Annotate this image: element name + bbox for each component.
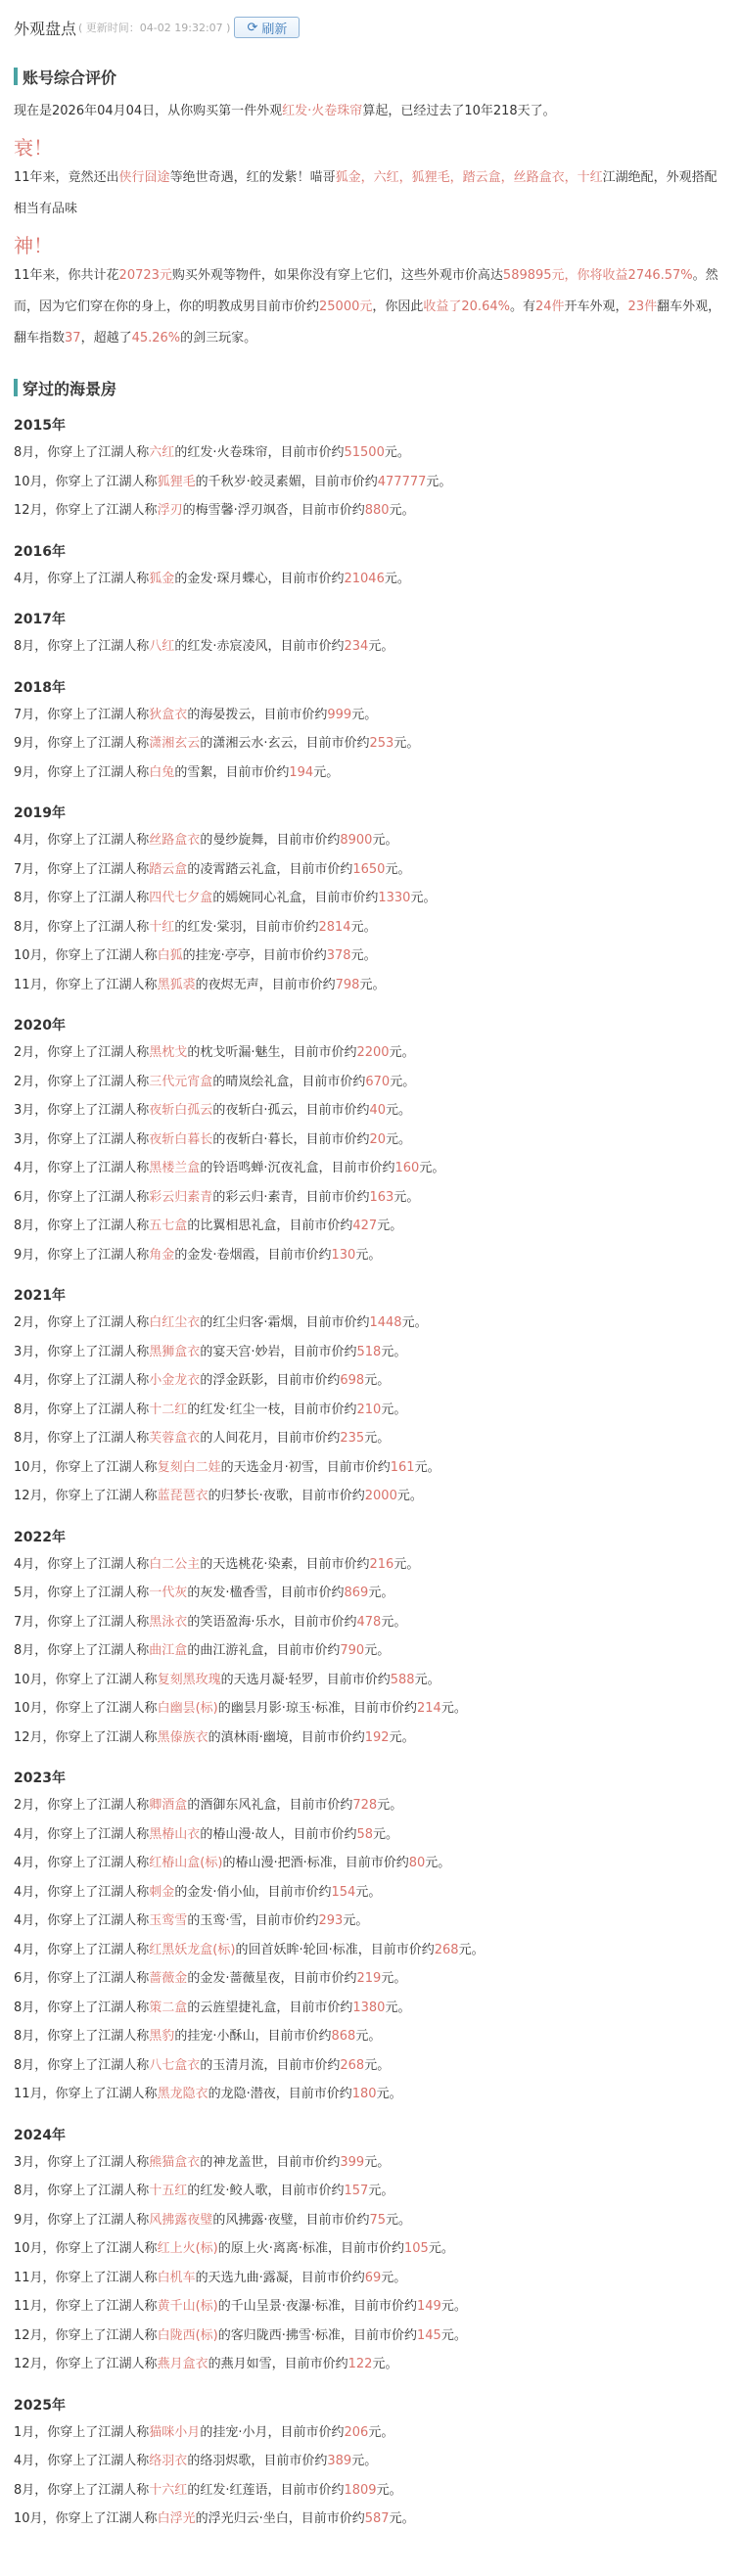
text: 元。 bbox=[385, 445, 410, 460]
outfit-name: 红发·红尘一枝 bbox=[200, 1403, 280, 1417]
text: 元。 bbox=[381, 1971, 406, 1986]
text: ，目前市价约 bbox=[263, 1643, 340, 1658]
month: 6月 bbox=[14, 1190, 34, 1205]
month: 8月 bbox=[14, 1643, 34, 1658]
text: ，你穿上了江湖人称 bbox=[34, 1943, 149, 1957]
outfit-name: 笑语盈海·乐水 bbox=[200, 1615, 280, 1630]
month: 8月 bbox=[14, 2029, 34, 2044]
text: 的 bbox=[221, 1673, 234, 1687]
text: ，你穿上了江湖人称 bbox=[34, 2058, 149, 2073]
text: 的 bbox=[208, 1730, 221, 1745]
text: 的 bbox=[187, 2454, 200, 2468]
section-heading-history: 穿过的海景房 bbox=[14, 376, 726, 399]
list-item: 4月，你穿上了江湖人称刺金的金发·俏小仙，目前市价约154元。 bbox=[14, 1878, 726, 1908]
outfit-name: 红发·红莲语 bbox=[200, 2483, 267, 2498]
text: ，你穿上了江湖人称 bbox=[34, 1856, 149, 1870]
text: ，目前市价约 bbox=[242, 1913, 318, 1928]
text: 元。 bbox=[390, 1045, 415, 1060]
text: ，你穿上了江湖人称 bbox=[34, 708, 149, 722]
price: 518 bbox=[356, 1345, 381, 1359]
section-title: 账号综合评价 bbox=[23, 66, 116, 88]
nickname: 五七盒 bbox=[149, 1219, 187, 1233]
price: 214 bbox=[417, 1701, 441, 1716]
text: 的 bbox=[212, 1190, 225, 1205]
nickname: 红上火(标) bbox=[158, 2241, 218, 2256]
nickname: 潇湘玄云 bbox=[149, 736, 200, 751]
nickname: 芙蓉盒衣 bbox=[149, 1431, 200, 1446]
text: ，目前市价约 bbox=[263, 1373, 340, 1388]
outfit-name: 凌霄踏云礼盒 bbox=[200, 862, 276, 877]
text: 元。 bbox=[393, 736, 419, 751]
month: 2月 bbox=[14, 1315, 34, 1330]
text: 的 bbox=[174, 2029, 187, 2044]
text: ，目前市价约 bbox=[289, 1730, 365, 1745]
month: 10月 bbox=[14, 1460, 43, 1475]
price: 157 bbox=[344, 2184, 368, 2198]
outfit-name: 晴岚绘礼盒 bbox=[225, 1075, 289, 1089]
year-heading: 2020年 bbox=[14, 1013, 726, 1038]
text: ，你穿上了江湖人称 bbox=[34, 1643, 149, 1658]
outfit-name: 挂宠·小月 bbox=[212, 2425, 267, 2440]
text: 元。 bbox=[364, 1643, 390, 1658]
price: 1650 bbox=[352, 862, 385, 877]
text: 元。 bbox=[364, 1431, 390, 1446]
text: 的 bbox=[187, 1045, 200, 1060]
nickname: 白机车 bbox=[158, 2271, 196, 2285]
outfit-name: 夜斩白·暮长 bbox=[225, 1132, 293, 1147]
month: 3月 bbox=[14, 1345, 34, 1359]
text: 元。 bbox=[385, 2001, 410, 2015]
text: ，你穿上了江湖人称 bbox=[43, 475, 158, 489]
text: 元。 bbox=[368, 639, 393, 654]
text: 元。 bbox=[373, 1827, 398, 1842]
price: 75 bbox=[369, 2213, 386, 2228]
price: 160 bbox=[394, 1161, 419, 1175]
year-heading: 2022年 bbox=[14, 1525, 726, 1550]
price: 20 bbox=[369, 1132, 386, 1147]
highlight: 45.26% bbox=[132, 331, 181, 345]
price: 698 bbox=[340, 1373, 364, 1388]
list-item: 9月，你穿上了江湖人称角金的金发·卷烟霞，目前市价约130元。 bbox=[14, 1241, 726, 1270]
text: 的 bbox=[183, 503, 196, 518]
list-item: 1月，你穿上了江湖人称猫咪小月的挂宠·小月，目前市价约206元。 bbox=[14, 2418, 726, 2448]
text: ，你穿上了江湖人称 bbox=[34, 445, 149, 460]
text: 元。 bbox=[386, 2213, 411, 2228]
text: 11年来，你共计花 bbox=[14, 268, 119, 283]
list-item: 8月，你穿上了江湖人称八七盒衣的玉清月流，目前市价约268元。 bbox=[14, 2051, 726, 2081]
price: 1809 bbox=[344, 2483, 376, 2498]
text: ，目前市价约 bbox=[293, 1190, 369, 1205]
text: ，目前市价约 bbox=[276, 1219, 352, 1233]
price: 105 bbox=[404, 2241, 429, 2256]
text: 元。 bbox=[390, 1075, 415, 1089]
price: 427 bbox=[352, 1219, 377, 1233]
highlight: 25000元 bbox=[319, 299, 372, 314]
text: 元。 bbox=[377, 1798, 402, 1813]
price: 268 bbox=[435, 1943, 459, 1957]
outfit-name: 挂宠·亭亭 bbox=[196, 948, 251, 963]
price: 219 bbox=[356, 1971, 381, 1986]
text: 的 bbox=[221, 1460, 234, 1475]
text: 元。 bbox=[368, 1586, 393, 1600]
text: ，目前市价约 bbox=[267, 1586, 344, 1600]
price: 149 bbox=[417, 2299, 441, 2314]
outfit-name: 千山呈景·夜瀑·标准 bbox=[231, 2299, 341, 2314]
text: ，目前市价约 bbox=[280, 1971, 356, 1986]
nickname: 复刻黑玫瑰 bbox=[158, 1673, 221, 1687]
text: 元。 bbox=[415, 1673, 440, 1687]
text: ，目前市价约 bbox=[251, 948, 327, 963]
text: ，你穿上了江湖人称 bbox=[34, 2001, 149, 2015]
text: 算起，已经过去了10年218天了。 bbox=[362, 104, 555, 118]
nickname: 卿酒盒 bbox=[149, 1798, 187, 1813]
month: 8月 bbox=[14, 2001, 34, 2015]
year-heading: 2015年 bbox=[14, 413, 726, 438]
text: ，目前市价约 bbox=[280, 1403, 356, 1417]
nickname: 蓝琵琶衣 bbox=[158, 1489, 208, 1503]
nickname: 刺金 bbox=[149, 1885, 174, 1900]
list-item: 8月，你穿上了江湖人称曲江盒的曲江游礼盒，目前市价约790元。 bbox=[14, 1636, 726, 1666]
text: ，你穿上了江湖人称 bbox=[43, 2241, 158, 2256]
price: 69 bbox=[365, 2271, 382, 2285]
outfit-name: 夜斩白·孤云 bbox=[225, 1103, 293, 1118]
month: 8月 bbox=[14, 891, 34, 905]
text: 元。 bbox=[364, 2155, 390, 2170]
list-item: 4月，你穿上了江湖人称白二公主的天选桃花·染素，目前市价约216元。 bbox=[14, 1550, 726, 1580]
nickname: 十二红 bbox=[149, 1403, 187, 1417]
text: 元。 bbox=[393, 1557, 419, 1572]
text: 的 bbox=[187, 1971, 200, 1986]
list-item: 12月，你穿上了江湖人称燕月盒衣的燕月如雪，目前市价约122元。 bbox=[14, 2350, 726, 2379]
text: ，你穿上了江湖人称 bbox=[34, 1913, 149, 1928]
nickname: 白幽昙(标) bbox=[158, 1701, 218, 1716]
outfit-name: 金发·卷烟霞 bbox=[187, 1248, 254, 1263]
list-item: 12月，你穿上了江湖人称白陇西(标)的客归陇西·拂雪·标准，目前市价约145元。 bbox=[14, 2322, 726, 2351]
highlight: 红发·火卷珠帘 bbox=[282, 104, 362, 118]
text: ，你穿上了江湖人称 bbox=[34, 1103, 149, 1118]
text: ，目前市价约 bbox=[267, 639, 344, 654]
price: 194 bbox=[289, 765, 313, 780]
text: 的 bbox=[174, 572, 187, 586]
outfit-name: 云旌望捷礼盒 bbox=[200, 2001, 276, 2015]
month: 4月 bbox=[14, 833, 34, 848]
nickname: 踏云盒 bbox=[149, 862, 187, 877]
outfit-name: 玉清月流 bbox=[212, 2058, 263, 2073]
nickname: 蔷薇金 bbox=[149, 1971, 187, 1986]
text: ，目前市价约 bbox=[280, 1345, 356, 1359]
nickname: 十六红 bbox=[149, 2483, 187, 2498]
outfit-name: 挂宠·小酥山 bbox=[187, 2029, 254, 2044]
text: ，目前市价约 bbox=[259, 978, 336, 992]
nickname: 六红 bbox=[149, 445, 174, 460]
price: 588 bbox=[391, 1673, 415, 1687]
text: ，目前市价约 bbox=[293, 1132, 369, 1147]
month: 8月 bbox=[14, 1431, 34, 1446]
month: 3月 bbox=[14, 2155, 34, 2170]
nickname: 十五红 bbox=[149, 2184, 187, 2198]
text: 元。 bbox=[415, 1460, 440, 1475]
list-item: 4月，你穿上了江湖人称玉鸾雪的玉鸾·雪，目前市价约293元。 bbox=[14, 1907, 726, 1936]
text: 元。 bbox=[313, 765, 339, 780]
text: 元。 bbox=[343, 1913, 368, 1928]
text: ，你穿上了江湖人称 bbox=[34, 1161, 149, 1175]
text: ，目前市价约 bbox=[289, 1075, 365, 1089]
text: ，目前市价约 bbox=[267, 2483, 344, 2498]
list-item: 3月，你穿上了江湖人称夜斩白暮长的夜斩白·暮长，目前市价约20元。 bbox=[14, 1126, 726, 1155]
list-item: 11月，你穿上了江湖人称白机车的天选九曲·露凝，目前市价约69元。 bbox=[14, 2264, 726, 2293]
text: ，你穿上了江湖人称 bbox=[43, 2299, 158, 2314]
list-item: 8月，你穿上了江湖人称黑豹的挂宠·小酥山，目前市价约868元。 bbox=[14, 2022, 726, 2051]
price: 1330 bbox=[378, 891, 410, 905]
month: 9月 bbox=[14, 765, 34, 780]
update-time: ( 更新时间：04-02 19:32:07 ) bbox=[78, 20, 230, 35]
text: 的 bbox=[174, 639, 187, 654]
text: ，你穿上了江湖人称 bbox=[34, 2155, 149, 2170]
list-item: 8月，你穿上了江湖人称芙蓉盒衣的人间花月，目前市价约235元。 bbox=[14, 1424, 726, 1453]
outfit-name: 滇林雨·幽境 bbox=[221, 1730, 289, 1745]
text: 元。 bbox=[381, 1403, 406, 1417]
outfit-name: 金发·俏小仙 bbox=[187, 1885, 254, 1900]
text: 11年来，竟然还出 bbox=[14, 170, 119, 185]
text: 的 bbox=[196, 475, 208, 489]
text: ，目前市价约 bbox=[267, 2184, 344, 2198]
price: 790 bbox=[340, 1643, 364, 1658]
text: 元。 bbox=[368, 2425, 393, 2440]
text: 的 bbox=[174, 920, 187, 935]
text: ，你穿上了江湖人称 bbox=[43, 1489, 158, 1503]
nickname: 狐狸毛 bbox=[158, 475, 196, 489]
month: 1月 bbox=[14, 2425, 34, 2440]
month: 8月 bbox=[14, 2058, 34, 2073]
month: 10月 bbox=[14, 2241, 43, 2256]
text: 的 bbox=[200, 1315, 212, 1330]
page: 外观盘点 ( 更新时间：04-02 19:32:07 ) ⟳ 刷新 账号综合评价… bbox=[0, 0, 740, 2534]
list-item: 10月，你穿上了江湖人称白幽昙(标)的幽昙月影·琼玉·标准，目前市价约214元。 bbox=[14, 1694, 726, 1724]
nickname: 黑泳衣 bbox=[149, 1615, 187, 1630]
list-item: 8月，你穿上了江湖人称十二红的红发·红尘一枝，目前市价约210元。 bbox=[14, 1396, 726, 1425]
outfit-name: 燕月如雪 bbox=[221, 2357, 272, 2371]
outfit-name: 人间花月 bbox=[212, 1431, 263, 1446]
text: 元。 bbox=[372, 833, 397, 848]
text: 购买外观等物件，如果你没有穿上它们，这些外观市价高达 bbox=[172, 268, 503, 283]
text: ，你穿上了江湖人称 bbox=[34, 1132, 149, 1147]
text: ，目前市价约 bbox=[289, 1489, 365, 1503]
text: ，你穿上了江湖人称 bbox=[34, 765, 149, 780]
text: 元。 bbox=[385, 862, 410, 877]
year-heading: 2018年 bbox=[14, 675, 726, 701]
text: 的 bbox=[187, 1913, 200, 1928]
outfit-name: 红发·火卷珠帘 bbox=[187, 445, 267, 460]
outfit-name: 原上火·离离·标准 bbox=[231, 2241, 328, 2256]
text: ，目前市价约 bbox=[293, 2213, 369, 2228]
price: 378 bbox=[327, 948, 351, 963]
list-item: 3月，你穿上了江湖人称熊猫盒衣的神龙盖世，目前市价约399元。 bbox=[14, 2148, 726, 2178]
year-heading: 2016年 bbox=[14, 539, 726, 565]
nickname: 黑楼兰盒 bbox=[149, 1161, 200, 1175]
price: 122 bbox=[348, 2357, 373, 2371]
text: ，你穿上了江湖人称 bbox=[43, 2328, 158, 2343]
month: 3月 bbox=[14, 1103, 34, 1118]
month: 4月 bbox=[14, 572, 34, 586]
outfit-name: 天选月凝·轻罗 bbox=[234, 1673, 314, 1687]
text: ，你穿上了江湖人称 bbox=[34, 1885, 149, 1900]
text: ，你穿上了江湖人称 bbox=[34, 2029, 149, 2044]
text: ，你穿上了江湖人称 bbox=[34, 2454, 149, 2468]
page-title: 外观盘点 bbox=[14, 17, 76, 39]
outfit-name: 归梦长·夜歌 bbox=[221, 1489, 289, 1503]
list-item: 2月，你穿上了江湖人称白红尘衣的红尘归客·霜烟，目前市价约1448元。 bbox=[14, 1309, 726, 1338]
text: ，你穿上了江湖人称 bbox=[34, 833, 149, 848]
text: 元。 bbox=[390, 503, 415, 518]
outfit-name: 梅雪馨·浮刃飒沓 bbox=[196, 503, 289, 518]
outfit-name: 枕戈听漏·魅生 bbox=[200, 1045, 280, 1060]
history-list: 2015年8月，你穿上了江湖人称六红的红发·火卷珠帘，目前市价约51500元。1… bbox=[14, 413, 726, 2534]
price: 180 bbox=[352, 2087, 377, 2101]
outfit-name: 椿山漫·把酒·标准 bbox=[235, 1856, 332, 1870]
year-heading: 2019年 bbox=[14, 801, 726, 826]
nickname: 黑枕戈 bbox=[149, 1045, 187, 1060]
outfit-name: 海晏拨云 bbox=[200, 708, 251, 722]
text: ，目前市价约 bbox=[341, 2328, 417, 2343]
text: ，目前市价约 bbox=[263, 2058, 340, 2073]
list-item: 7月，你穿上了江湖人称踏云盒的凌霄踏云礼盒，目前市价约1650元。 bbox=[14, 855, 726, 885]
verdict-text-1: 11年来，竟然还出侠行囧途等绝世奇遇，红的发紫！喵哥狐金，六红，狐狸毛，踏云盒，… bbox=[14, 162, 726, 225]
nickname: 夜斩白孤云 bbox=[149, 1103, 212, 1118]
price: 399 bbox=[340, 2155, 364, 2170]
price: 206 bbox=[344, 2425, 368, 2440]
list-item: 11月，你穿上了江湖人称黄千山(标)的千山呈景·夜瀑·标准，目前市价约149元。 bbox=[14, 2292, 726, 2322]
month: 10月 bbox=[14, 1701, 43, 1716]
refresh-button[interactable]: ⟳ 刷新 bbox=[234, 17, 300, 38]
month: 11月 bbox=[14, 2087, 43, 2101]
text: 元。 bbox=[377, 1219, 402, 1233]
list-item: 3月，你穿上了江湖人称黑狮盒衣的宴天宫·妙岩，目前市价约518元。 bbox=[14, 1338, 726, 1367]
list-item: 10月，你穿上了江湖人称白浮光的浮光归云·坐白，目前市价约587元。 bbox=[14, 2505, 726, 2534]
outfit-name: 比翼相思礼盒 bbox=[200, 1219, 276, 1233]
text: 。有 bbox=[510, 299, 535, 314]
section-heading-summary: 账号综合评价 bbox=[14, 65, 726, 88]
price: 192 bbox=[365, 1730, 390, 1745]
text: 元。 bbox=[390, 2511, 415, 2526]
nickname: 熊猫盒衣 bbox=[149, 2155, 200, 2170]
text: ，你穿上了江湖人称 bbox=[43, 2087, 158, 2101]
month: 12月 bbox=[14, 503, 43, 518]
text: ，你穿上了江湖人称 bbox=[34, 920, 149, 935]
year-heading: 2023年 bbox=[14, 1766, 726, 1791]
text: ，你穿上了江湖人称 bbox=[34, 572, 149, 586]
list-item: 9月，你穿上了江湖人称潇湘玄云的潇湘云水·玄云，目前市价约253元。 bbox=[14, 729, 726, 759]
list-item: 7月，你穿上了江湖人称狄盒衣的海晏拨云，目前市价约999元。 bbox=[14, 701, 726, 730]
price: 798 bbox=[336, 978, 360, 992]
text: 元。 bbox=[355, 2029, 381, 2044]
month: 12月 bbox=[14, 1489, 43, 1503]
outfit-name: 神龙盖世 bbox=[212, 2155, 263, 2170]
text: 的 bbox=[174, 445, 187, 460]
list-item: 12月，你穿上了江湖人称蓝琵琶衣的归梦长·夜歌，目前市价约2000元。 bbox=[14, 1482, 726, 1511]
text: ，你穿上了江湖人称 bbox=[34, 1315, 149, 1330]
text: 元。 bbox=[359, 978, 385, 992]
text: 元。 bbox=[381, 2271, 406, 2285]
text: 的 bbox=[212, 2213, 225, 2228]
month: 4月 bbox=[14, 1557, 34, 1572]
price: 8900 bbox=[340, 833, 372, 848]
list-item: 11月，你穿上了江湖人称黑狐裘的夜烬无声，目前市价约798元。 bbox=[14, 971, 726, 1000]
text: 的 bbox=[187, 862, 200, 877]
price: 253 bbox=[369, 736, 393, 751]
text: 元。 bbox=[390, 1730, 415, 1745]
month: 10月 bbox=[14, 1673, 43, 1687]
list-item: 6月，你穿上了江湖人称彩云归素青的彩云归·素青，目前市价约163元。 bbox=[14, 1183, 726, 1213]
price: 293 bbox=[318, 1913, 343, 1928]
nickname: 黄千山(标) bbox=[158, 2299, 218, 2314]
list-item: 8月，你穿上了江湖人称十五红的红发·鲛人歌，目前市价约157元。 bbox=[14, 2177, 726, 2206]
text: 的 bbox=[200, 1373, 212, 1388]
list-item: 8月，你穿上了江湖人称五七盒的比翼相思礼盒，目前市价约427元。 bbox=[14, 1212, 726, 1241]
nickname: 黑龙隐衣 bbox=[158, 2087, 208, 2101]
verdict-title-1: 衰！ bbox=[14, 133, 726, 162]
list-item: 11月，你穿上了江湖人称黑龙隐衣的龙隐·潜夜，目前市价约180元。 bbox=[14, 2080, 726, 2109]
text: 的 bbox=[183, 948, 196, 963]
month: 2月 bbox=[14, 1075, 34, 1089]
list-item: 2月，你穿上了江湖人称黑枕戈的枕戈听漏·魅生，目前市价约2200元。 bbox=[14, 1038, 726, 1068]
nickname: 黑豹 bbox=[149, 2029, 174, 2044]
text: 元。 bbox=[441, 2328, 467, 2343]
month: 12月 bbox=[14, 1730, 43, 1745]
text: 元。 bbox=[397, 1489, 423, 1503]
month: 11月 bbox=[14, 978, 43, 992]
text: 的 bbox=[218, 2299, 231, 2314]
list-item: 2月，你穿上了江湖人称卿酒盒的酒御东风礼盒，目前市价约728元。 bbox=[14, 1791, 726, 1820]
text: ，你穿上了江湖人称 bbox=[34, 736, 149, 751]
text: ，你穿上了江湖人称 bbox=[34, 1190, 149, 1205]
list-item: 9月，你穿上了江湖人称白兔的雪絮，目前市价约194元。 bbox=[14, 759, 726, 788]
outfit-name: 铃语鸣蝉·沉夜礼盒 bbox=[212, 1161, 318, 1175]
text: 元。 bbox=[368, 2184, 393, 2198]
list-item: 3月，你穿上了江湖人称夜斩白孤云的夜斩白·孤云，目前市价约40元。 bbox=[14, 1096, 726, 1126]
month: 8月 bbox=[14, 445, 34, 460]
month: 4月 bbox=[14, 1943, 34, 1957]
price: 478 bbox=[356, 1615, 381, 1630]
text: ，你穿上了江湖人称 bbox=[43, 1673, 158, 1687]
nickname: 白陇西(标) bbox=[158, 2328, 218, 2343]
text: 的 bbox=[187, 1586, 200, 1600]
top-bar: 外观盘点 ( 更新时间：04-02 19:32:07 ) ⟳ 刷新 bbox=[14, 0, 726, 55]
text: 元。 bbox=[402, 1315, 428, 1330]
nickname: 白狐 bbox=[158, 948, 183, 963]
text: ，你穿上了江湖人称 bbox=[34, 1615, 149, 1630]
nickname: 红椿山盒(标) bbox=[149, 1856, 222, 1870]
text: ，你穿上了江湖人称 bbox=[34, 1586, 149, 1600]
text: ，你因此 bbox=[372, 299, 423, 314]
nickname: 浮刃 bbox=[158, 503, 183, 518]
list-item: 6月，你穿上了江湖人称蔷薇金的金发·蔷薇星夜，目前市价约219元。 bbox=[14, 1964, 726, 1994]
text: ，目前市价约 bbox=[328, 2241, 404, 2256]
text: 的 bbox=[200, 1431, 212, 1446]
nickname: 八七盒衣 bbox=[149, 2058, 200, 2073]
text: 元。 bbox=[355, 1885, 381, 1900]
nickname: 策二盒 bbox=[149, 2001, 187, 2015]
text: ，你穿上了江湖人称 bbox=[43, 948, 158, 963]
price: 154 bbox=[331, 1885, 355, 1900]
nickname: 风拂露夜璧 bbox=[149, 2213, 212, 2228]
text: 元。 bbox=[426, 475, 451, 489]
highlight: 收益了20.64% bbox=[423, 299, 510, 314]
text: ，你穿上了江湖人称 bbox=[43, 1460, 158, 1475]
text: 的 bbox=[222, 1856, 235, 1870]
nickname: 狐金 bbox=[149, 572, 174, 586]
text: ，目前市价约 bbox=[267, 2425, 344, 2440]
price: 145 bbox=[417, 2328, 441, 2343]
